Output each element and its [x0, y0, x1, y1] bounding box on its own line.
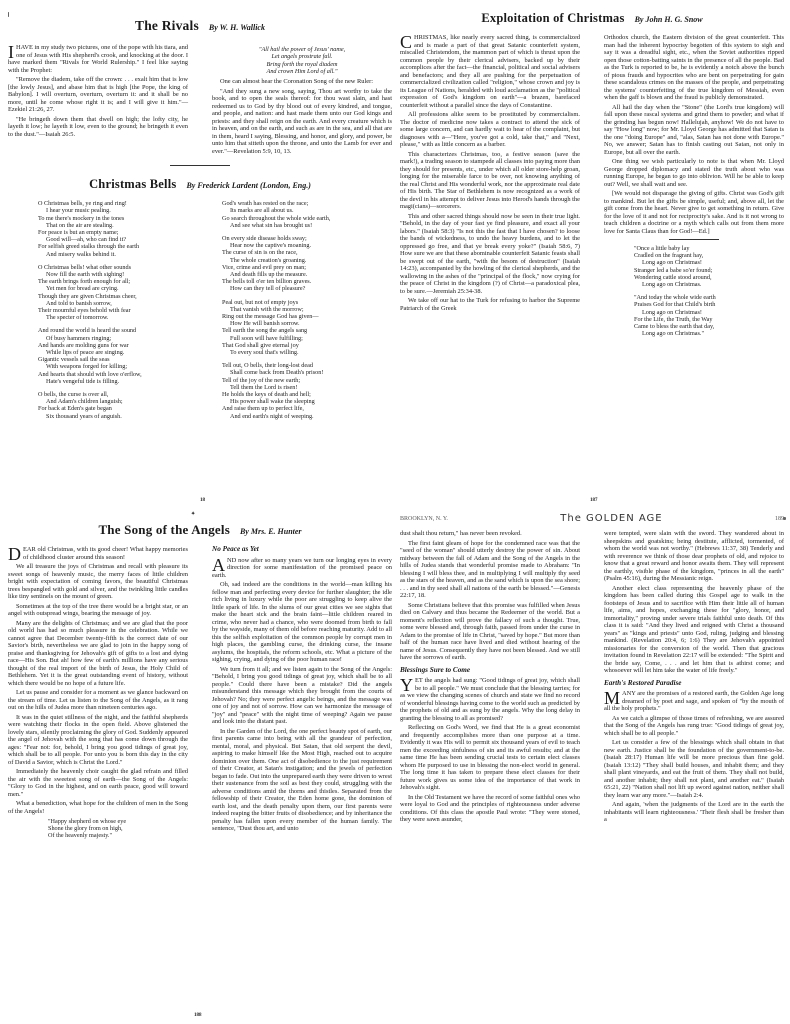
paragraph: This and other sacred things should now … — [400, 213, 580, 296]
section-subhead: Earth's Restored Paradise — [604, 680, 784, 688]
paragraph: It was in the quiet stillness of the nig… — [8, 714, 188, 767]
paragraph: In the Garden of the Lord, the one perfe… — [212, 728, 392, 833]
page-number: 18 — [200, 498, 205, 503]
paragraph: Sometimes at the top of the tree there w… — [8, 603, 188, 618]
stanza: Peal out, but not of empty joysThat vani… — [222, 299, 372, 357]
scan-speck — [783, 517, 786, 520]
section-divider — [669, 239, 719, 240]
editor-note: [We would not disparage the giving of gi… — [604, 190, 784, 235]
running-head: BROOKLYN, N. Y. The GOLDEN AGE 189 — [400, 513, 784, 524]
poem-right-column: God's wrath has rested on the race;Its m… — [222, 200, 372, 426]
section-subhead: Blessings Sure to Come — [400, 667, 580, 675]
paragraph: All professions alike seem to be prostit… — [400, 111, 580, 149]
paragraph: Let us pause and consider for a moment a… — [8, 689, 188, 712]
exploitation-right-column: Orthodox church, the Eastern division of… — [604, 34, 784, 343]
bells-heading: Christmas Bells By Frederick Lardent (Lo… — [8, 176, 392, 192]
paragraph: In the Old Testament we have the record … — [400, 794, 580, 824]
paragraph: dust shalt thou return," has never been … — [400, 530, 580, 538]
paragraph: Another elect class representing the hea… — [604, 585, 784, 675]
paragraph: The first faint gleam of hope for the co… — [400, 540, 580, 600]
continued-right-column: were tempted, were slain with the sword.… — [604, 530, 784, 826]
paragraph: Some Christians believe that this promis… — [400, 602, 580, 662]
scan-speck — [8, 12, 9, 17]
paragraph: We all treasure the joys of Christmas an… — [8, 563, 188, 601]
paragraph: "He bringeth down them that dwell on hig… — [8, 116, 188, 139]
running-head-left: BROOKLYN, N. Y. — [400, 516, 448, 522]
exploitation-heading: Exploitation of Christmas By John H. G. … — [400, 10, 784, 26]
paragraph: Many are the delights of Christmas; and … — [8, 620, 188, 688]
paragraph: Let us consider a few of the blessings w… — [604, 739, 784, 799]
article-title: Exploitation of Christmas — [481, 11, 624, 25]
continued-left-column: dust shalt thou return," has never been … — [400, 530, 580, 826]
page-top-right: Exploitation of Christmas By John H. G. … — [400, 0, 784, 505]
masthead: The GOLDEN AGE — [560, 513, 662, 524]
rivals-right-column: "All hail the power of Jesus' name, Let … — [212, 44, 392, 157]
page-top-left: The Rivals By W. H. Wallick IHAVE in my … — [8, 0, 392, 505]
paragraph: As we catch a glimpse of those times of … — [604, 715, 784, 738]
exploitation-left-column: CHRISTMAS, like nearly every sacred thin… — [400, 34, 580, 343]
paragraph: DEAR old Christmas, with its good cheer!… — [8, 546, 188, 561]
paragraph: All hail the day when the "Stone" (the L… — [604, 104, 784, 157]
section-subhead: No Peace as Yet — [212, 546, 392, 554]
stanza: O Christmas bells! what other soundsNow … — [38, 264, 188, 322]
page-mark: ✦ — [191, 511, 195, 517]
stanza: O Christmas bells, ye ring and ring!I he… — [38, 200, 188, 258]
page-bottom-left: The Song of the Angels By Mrs. E. Hunter… — [8, 505, 392, 1024]
song-right-column: No Peace as Yet AND now after so many ye… — [212, 546, 392, 840]
verse-quote: "Happy shepherd on whose eye Shone the g… — [8, 818, 188, 840]
article-byline: By W. H. Wallick — [209, 23, 265, 32]
paragraph: Immediately the heavenly choir caught th… — [8, 768, 188, 798]
drop-cap: A — [212, 558, 225, 572]
drop-cap: I — [8, 45, 14, 59]
bells-poem: O Christmas bells, ye ring and ring!I he… — [8, 200, 392, 426]
poem-left-column: O Christmas bells, ye ring and ring!I he… — [38, 200, 188, 426]
article-title: Christmas Bells — [89, 177, 176, 191]
drop-cap: Y — [400, 678, 413, 692]
stanza: "And today the whole wide earthPraises G… — [634, 294, 784, 337]
drop-cap: D — [8, 547, 21, 561]
stanza: God's wrath has rested on the race;Its m… — [222, 200, 372, 229]
rivals-left-column: IHAVE in my study two pictures, one of t… — [8, 44, 188, 157]
paragraph: CHRISTMAS, like nearly every sacred thin… — [400, 34, 580, 109]
article-title: The Rivals — [135, 18, 199, 33]
paragraph: We take off our hat to the Turk for refu… — [400, 297, 580, 312]
song-left-column: DEAR old Christmas, with its good cheer!… — [8, 546, 188, 840]
paragraph: were tempted, were slain with the sword.… — [604, 530, 784, 583]
paragraph: What a benediction, what hope for the ch… — [8, 800, 188, 815]
paragraph: YET the angels had sung: "Good tidings o… — [400, 677, 580, 722]
paragraph: Orthodox church, the Eastern division of… — [604, 34, 784, 102]
stanza: On every side disease holds sway;Hear no… — [222, 235, 372, 293]
drop-cap: M — [604, 691, 620, 705]
hymn-quote: "All hail the power of Jesus' name, Let … — [212, 46, 392, 75]
page-number: 187 — [590, 498, 598, 503]
stanza: Tell out, O bells, their long-lost deadS… — [222, 362, 372, 420]
article-byline: By Frederick Lardent (London, Eng.) — [186, 181, 310, 190]
song-columns: DEAR old Christmas, with its good cheer!… — [8, 546, 392, 840]
continued-columns: dust shalt thou return," has never been … — [400, 530, 784, 826]
page-number: 188 — [194, 1013, 202, 1018]
paragraph: One can almost hear the Coronation Song … — [212, 78, 392, 86]
closing-poem: "Once a little baby layCradled on the fr… — [604, 245, 784, 337]
paragraph: MANY are the promises of a restored eart… — [604, 690, 784, 713]
stanza: "Once a little baby layCradled on the fr… — [634, 245, 784, 288]
paragraph: We turn from it all; and we listen again… — [212, 666, 392, 726]
rivals-columns: IHAVE in my study two pictures, one of t… — [8, 44, 392, 157]
drop-cap: C — [400, 35, 412, 49]
paragraph: Oh, sad indeed are the conditions in the… — [212, 581, 392, 664]
rivals-heading: The Rivals By W. H. Wallick — [8, 18, 392, 34]
exploitation-columns: CHRISTMAS, like nearly every sacred thin… — [400, 34, 784, 343]
stanza: O bells, the curse is over all,And Adam'… — [38, 391, 188, 420]
article-byline: By John H. G. Snow — [635, 15, 703, 24]
paragraph: AND now after so many years we turn our … — [212, 557, 392, 580]
song-heading: The Song of the Angels By Mrs. E. Hunter — [8, 522, 392, 538]
paragraph: One thing we wish particularly to note i… — [604, 158, 784, 188]
article-byline: By Mrs. E. Hunter — [240, 527, 302, 536]
section-divider — [170, 165, 230, 166]
article-title: The Song of the Angels — [98, 522, 230, 537]
paragraph: "And they sung a new song, saying, Thou … — [212, 88, 392, 156]
paragraph: "Remove the diadem, take off the crown: … — [8, 76, 188, 114]
page-bottom-right: BROOKLYN, N. Y. The GOLDEN AGE 189 dust … — [400, 505, 784, 1024]
paragraph: This characterizes Christmas, too, a fes… — [400, 151, 580, 211]
stanza: And round the world is heard the soundOf… — [38, 327, 188, 385]
paragraph: And again, 'when the judgments of the Lo… — [604, 801, 784, 824]
paragraph: Reflecting on God's Word, we find that H… — [400, 724, 580, 792]
paragraph: IHAVE in my study two pictures, one of t… — [8, 44, 188, 74]
